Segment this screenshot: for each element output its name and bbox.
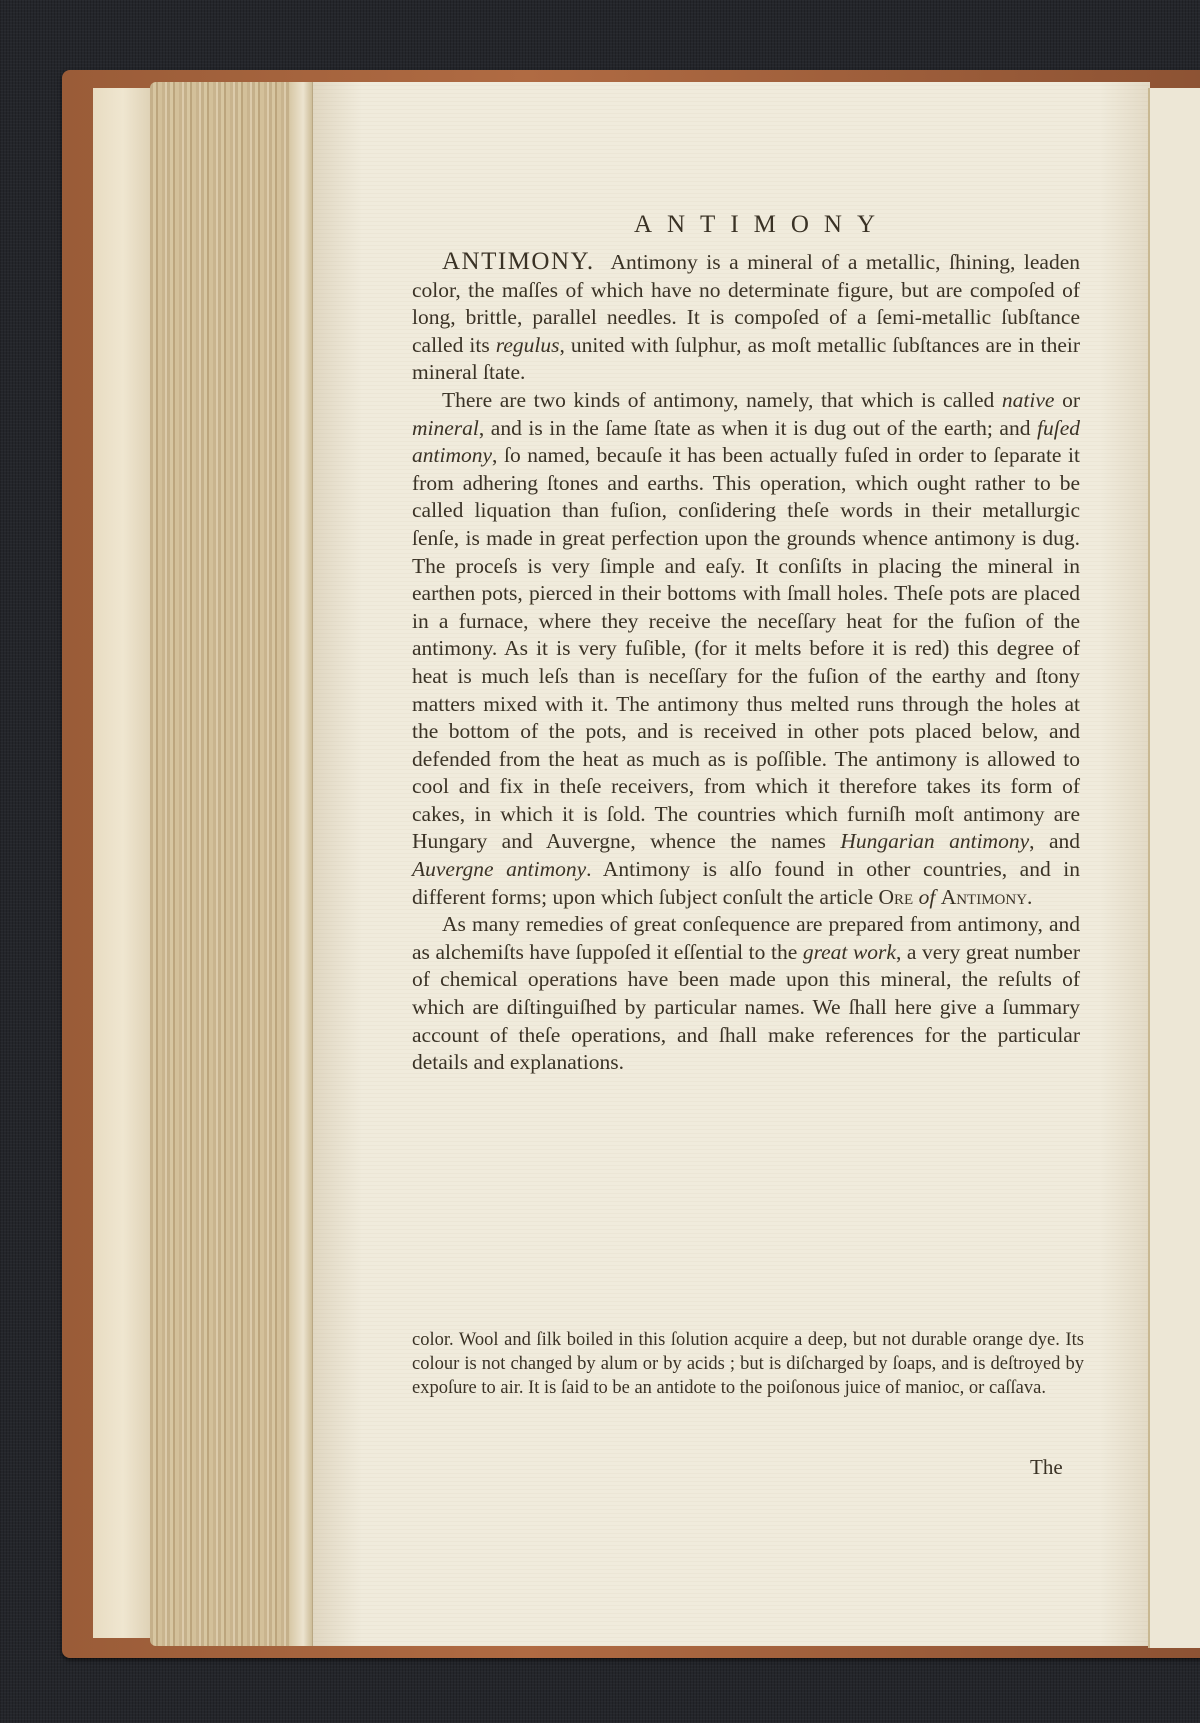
paragraph-2: There are two kinds of antimony, namely,… [412, 387, 1080, 911]
cross-reference: Antimony [941, 885, 1027, 909]
paragraph-3: As many remedies of great conſequence ar… [412, 911, 1080, 1077]
page-gutter [290, 82, 312, 1646]
italic-term: Auvergne antimony [412, 857, 586, 881]
entry-heading: ANTIMONY. [442, 248, 595, 275]
footnote: color. Wool and ſilk boiled in this ſolu… [412, 1328, 1084, 1400]
paragraph-text: . [1027, 885, 1032, 909]
paragraph-text: , and is in the ſame ſtate as when it is… [479, 416, 1037, 440]
italic-term: great work [803, 940, 896, 964]
italic-term: native [1002, 388, 1055, 412]
paragraph-1: ANTIMONY. Antimony is a mineral of a met… [412, 248, 1080, 387]
page-block-edges [150, 82, 308, 1646]
paragraph-text: or [1054, 388, 1080, 412]
next-page-edge [1148, 88, 1200, 1648]
paragraph-text: There are two kinds of antimony, namely,… [442, 388, 1002, 412]
endpaper [93, 88, 153, 1638]
italic-term: regulus [496, 333, 560, 357]
cross-reference: of [919, 885, 936, 909]
italic-term: Hungarian antimony [840, 829, 1029, 853]
italic-term: mineral [412, 416, 479, 440]
running-head: ANTIMONY [444, 210, 1080, 240]
paragraph-text: , ſo named, becauſe it has been actually… [412, 443, 1080, 853]
cross-reference: Ore [879, 885, 914, 909]
paragraph-text: , and [1029, 829, 1080, 853]
page-text: ANTIMONY ANTIMONY. Antimony is a mineral… [412, 210, 1080, 1077]
catchword: The [1030, 1455, 1063, 1480]
